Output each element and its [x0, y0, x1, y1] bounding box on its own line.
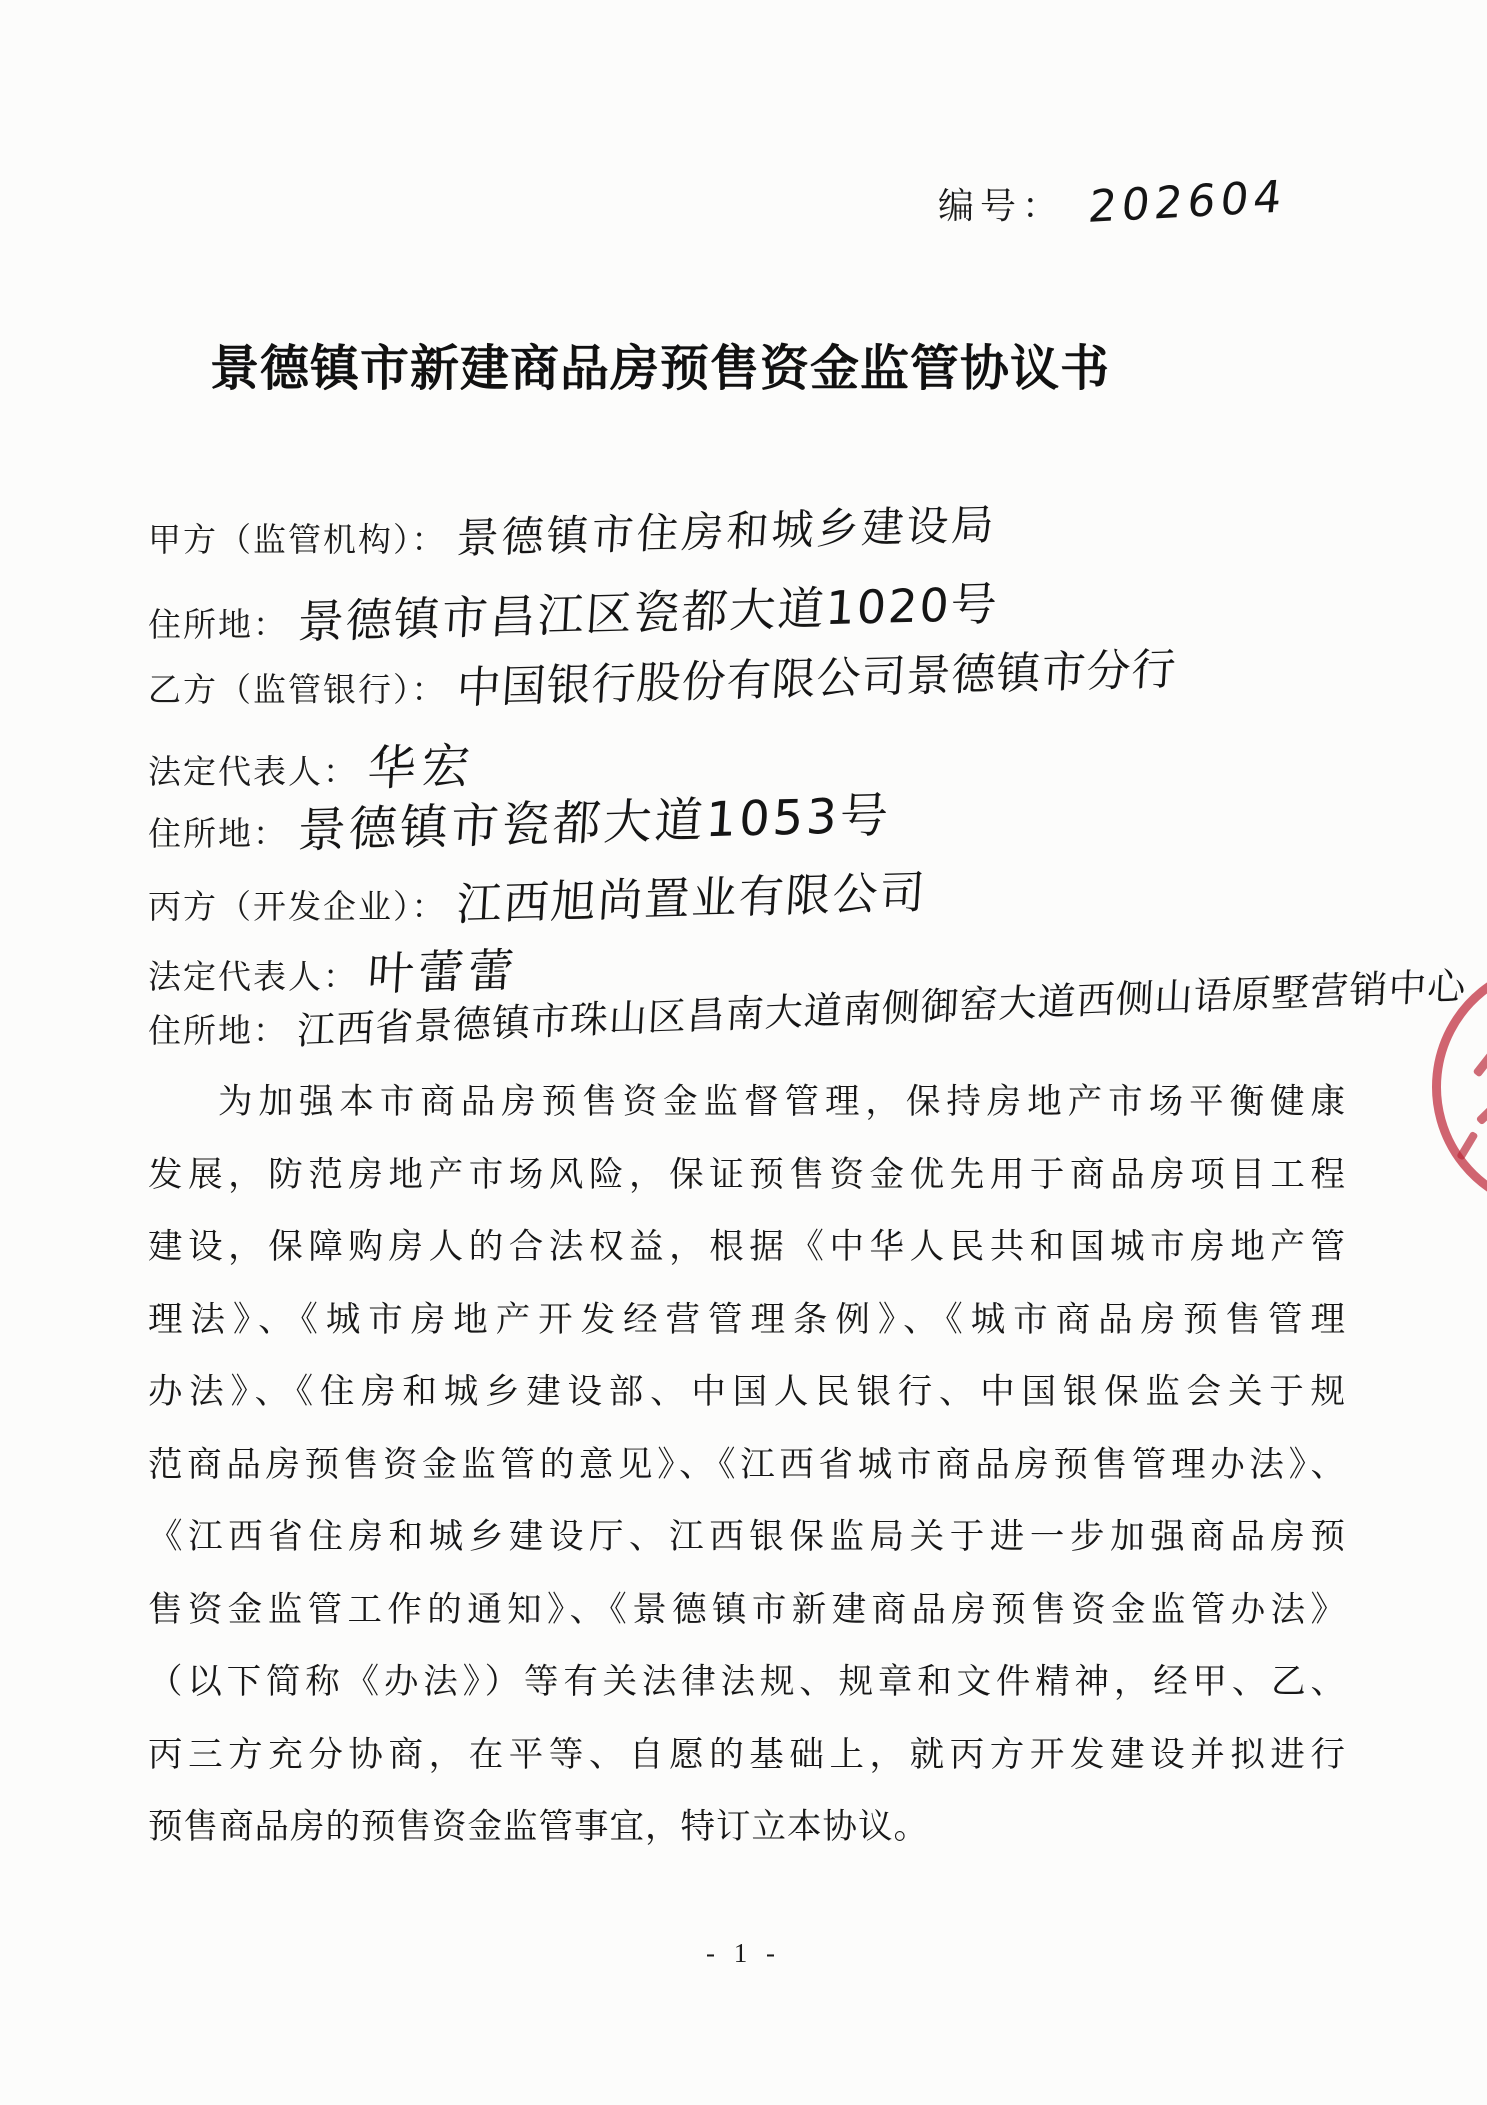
party-a-row: 甲方（监管机构）：景德镇市住房和城乡建设局: [148, 506, 995, 566]
document-page: 编号：202604 景德镇市新建商品房预售资金监管协议书 甲方（监管机构）：景德…: [0, 0, 1487, 2105]
party-b-address-label: 住所地：: [148, 817, 288, 853]
number-value-handwritten: 202604: [1086, 171, 1289, 233]
party-c-label: 丙方（开发企业）：: [148, 890, 447, 926]
page-number: - 1 -: [0, 1938, 1487, 1969]
preamble-paragraph: 为加强本市商品房预售资金监督管理，保持房地产市场平衡健康 发展，防范房地产市场风…: [148, 1066, 1346, 1864]
party-a-value-handwritten: 景德镇市住房和城乡建设局: [455, 492, 999, 566]
party-c-value-handwritten: 江西旭尚置业有限公司: [455, 856, 929, 933]
party-b-address-row: 住所地：景德镇市瓷都大道1053号: [148, 792, 889, 861]
party-c-address-label: 住所地：: [148, 1014, 288, 1050]
party-c-representative-label: 法定代表人：: [148, 960, 358, 996]
seal-stroke: [1472, 1031, 1487, 1078]
party-b-representative-label: 法定代表人：: [148, 755, 358, 791]
party-b-label: 乙方（监管银行）：: [148, 673, 447, 709]
page-title: 景德镇市新建商品房预售资金监管协议书: [55, 330, 1265, 400]
body-line: 发展，防范房地产市场风险，保证预售资金优先用于商品房项目工程: [148, 1139, 1346, 1212]
body-line: 售资金监管工作的通知》、《景德镇市新建商品房预售资金监管办法》: [148, 1574, 1346, 1647]
seal-stroke: [1476, 1088, 1487, 1125]
body-line: 建设，保障购房人的合法权益，根据《中华人民共和国城市房地产管: [148, 1211, 1346, 1284]
seal-stroke: [1456, 1131, 1478, 1161]
number-label: 编号：: [938, 186, 1064, 226]
party-a-address-value-handwritten: 景德镇市昌江区瓷都大道1020号: [296, 568, 1001, 652]
party-c-row: 丙方（开发企业）：江西旭尚置业有限公司: [148, 868, 925, 933]
body-line: 范商品房预售资金监管的意见》、《江西省城市商品房预售管理办法》、: [148, 1429, 1346, 1502]
party-a-label: 甲方（监管机构）：: [148, 523, 447, 559]
body-line: 办法》、《住房和城乡建设部、中国人民银行、中国银保监会关于规: [148, 1356, 1346, 1429]
body-line: 《江西省住房和城乡建设厅、江西银保监局关于进一步加强商品房预: [148, 1501, 1346, 1574]
party-b-address-value-handwritten: 景德镇市瓷都大道1053号: [296, 776, 893, 861]
body-line: （以下简称《办法》）等有关法律法规、规章和文件精神，经甲、乙、: [148, 1646, 1346, 1719]
document-number-line: 编号：202604: [938, 178, 1284, 233]
party-a-address-label: 住所地：: [148, 608, 288, 644]
body-line: 预售商品房的预售资金监管事宜，特订立本协议。: [148, 1791, 1346, 1864]
body-line: 丙三方充分协商，在平等、自愿的基础上，就丙方开发建设并拟进行: [148, 1719, 1346, 1792]
body-line: 为加强本市商品房预售资金监督管理，保持房地产市场平衡健康: [148, 1066, 1346, 1139]
body-line: 理法》、《城市房地产开发经营管理条例》、《城市商品房预售管理: [148, 1284, 1346, 1357]
party-c-address-row: 住所地：江西省景德镇市珠山区昌南大道南侧御窑大道西侧山语原墅营销中心: [148, 1000, 1466, 1055]
party-b-row: 乙方（监管银行）：中国银行股份有限公司景德镇市分行: [148, 652, 1175, 716]
